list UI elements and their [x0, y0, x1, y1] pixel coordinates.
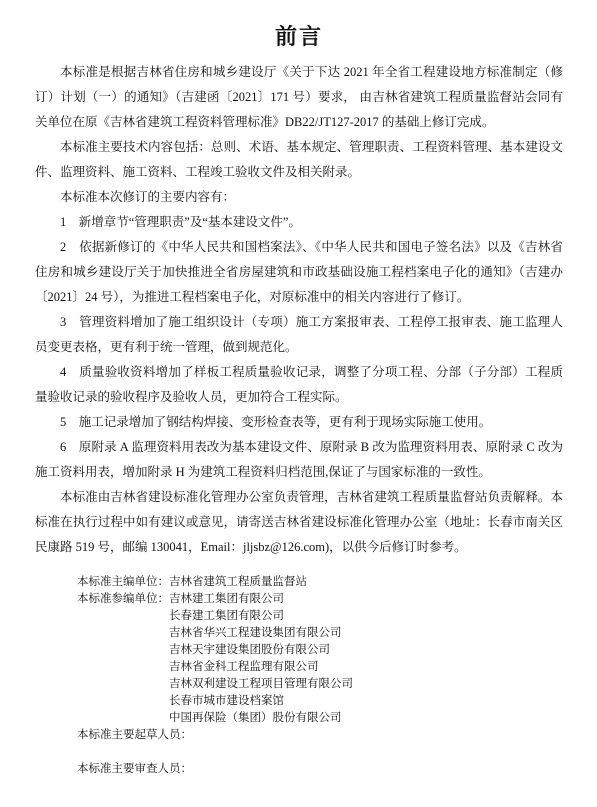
co-editor-item: 长春建工集团有限公司 [169, 608, 353, 625]
revision-item-3: 3 管理资料增加了施工组织设计（专项）施工方案报审表、工程停工报审表、施工监理人… [35, 310, 563, 360]
chief-editor-label: 本标准主编单位： [77, 574, 169, 591]
chief-editor-value: 吉林省建筑工程质量监督站 [169, 574, 307, 591]
page-title: 前言 [35, 24, 563, 50]
document-body: 本标准是根据吉林省住房和城乡建设厅《关于下达 2021 年全省工程建设地方标准制… [35, 60, 563, 560]
co-editor-item: 吉林双利建设工程项目管理有限公司 [169, 676, 353, 693]
co-editors-row: 本标准参编单位： 吉林建工集团有限公司 长春建工集团有限公司 吉林省华兴工程建设… [77, 591, 563, 727]
chief-editor-row: 本标准主编单位： 吉林省建筑工程质量监督站 [77, 574, 563, 591]
co-editors-list: 吉林建工集团有限公司 长春建工集团有限公司 吉林省华兴工程建设集团有限公司 吉林… [169, 591, 353, 727]
co-editor-item: 中国再保险（集团）股份有限公司 [169, 710, 353, 727]
credits-section: 本标准主编单位： 吉林省建筑工程质量监督站 本标准参编单位： 吉林建工集团有限公… [77, 574, 563, 778]
revision-intro-paragraph: 本标准本次修订的主要内容有： [35, 185, 563, 210]
document-page: 前言 本标准是根据吉林省住房和城乡建设厅《关于下达 2021 年全省工程建设地方… [0, 0, 597, 807]
co-editor-item: 吉林建工集团有限公司 [169, 591, 353, 608]
co-editor-item: 吉林省华兴工程建设集团有限公司 [169, 625, 353, 642]
co-editor-item: 吉林天宇建设集团股份有限公司 [169, 642, 353, 659]
revision-item-5: 5 施工记录增加了钢结构焊接、变形检查表等，更有利于现场实际施工使用。 [35, 410, 563, 435]
contents-paragraph: 本标准主要技术内容包括：总则、术语、基本规定、管理职责、工程资料管理、基本建设文… [35, 135, 563, 185]
revision-item-6: 6 原附录 A 监理资料用表改为基本建设文件、原附录 B 改为监理资料用表、原附… [35, 435, 563, 485]
co-editor-item: 吉林省金科工程监理有限公司 [169, 659, 353, 676]
revision-item-4: 4 质量验收资料增加了样板工程质量验收记录，调整了分项工程、分部（子分部）工程质… [35, 360, 563, 410]
revision-item-2: 2 依据新修订的《中华人民共和国档案法》、《中华人民共和国电子签名法》以及《吉林… [35, 235, 563, 310]
reviewers-label: 本标准主要审查人员： [77, 761, 563, 778]
co-editor-item: 长春市城市建设档案馆 [169, 693, 353, 710]
intro-paragraph: 本标准是根据吉林省住房和城乡建设厅《关于下达 2021 年全省工程建设地方标准制… [35, 60, 563, 135]
revision-item-1: 1 新增章节“管理职责”及“基本建设文件”。 [35, 210, 563, 235]
closing-paragraph: 本标准由吉林省建设标准化管理办公室负责管理，吉林省建筑工程质量监督站负责解释。本… [35, 485, 563, 560]
drafters-label: 本标准主要起草人员： [77, 727, 563, 744]
co-editor-label: 本标准参编单位： [77, 591, 169, 608]
